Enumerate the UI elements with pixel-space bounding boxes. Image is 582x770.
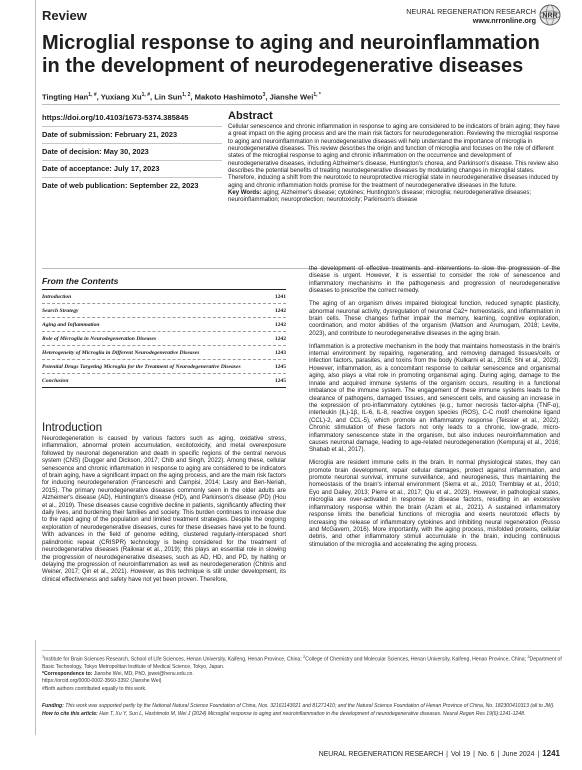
toc-label: Search Strategy (42, 308, 79, 314)
article-dates: https://doi.org/10.4103/1673-5374.385845… (42, 110, 222, 194)
body-paragraph: Inflammation is a protective mechanism i… (309, 344, 560, 455)
keywords-label: Key Words: (228, 190, 262, 196)
toc-item-aging-inflammation[interactable]: Aging and Inflammation1242 (42, 318, 286, 332)
date-submission: Date of submission: February 21, 2023 (42, 127, 222, 144)
author-affiliation: 1, # (142, 92, 150, 98)
author: Makoto Hashimoto (195, 93, 263, 102)
correspondence-text: Jianshe Wei, MD, PhD, jswei@henu.edu.cn. (94, 671, 194, 677)
footer-date: June 2024 (502, 751, 534, 758)
affiliations-footnotes: 1Institute for Brain Sciences Research, … (42, 654, 562, 693)
toc-page: 1241 (275, 294, 286, 300)
footer-issue: No. 6 (478, 751, 494, 758)
abstract-text: Cellular senescence and chronic inflamma… (228, 124, 560, 190)
author-list: Tingting Han1, #, Yuxiang Xu1, #, Lin Su… (42, 92, 321, 102)
right-column: the development of effective treatments … (309, 266, 560, 555)
toc-page: 1243 (275, 350, 286, 356)
toc-page: 1242 (275, 308, 286, 314)
footer-journal: NEURAL REGENERATION RESEARCH (319, 751, 443, 758)
left-margin-rule-footer (35, 640, 36, 735)
table-of-contents: From the Contents Introduction1241 Searc… (42, 276, 286, 388)
toc-item-potential-drugs[interactable]: Potential Drugs Targeting Microglia for … (42, 360, 286, 374)
toc-item-introduction[interactable]: Introduction1241 (42, 290, 286, 304)
cite-label: How to cite this article: (42, 711, 98, 717)
body-paragraph: The aging of an organism drives impaired… (309, 301, 560, 338)
toc-label: Potential Drugs Targeting Microglia for … (42, 364, 241, 370)
nrr-globe-logo-icon: NRR (538, 3, 562, 27)
affiliation-2: College of Chemistry and Molecular Scien… (305, 657, 526, 663)
toc-label: Aging and Inflammation (42, 322, 100, 328)
funding-label: Funding: (42, 703, 64, 709)
author: Jianshe Wei (270, 93, 314, 102)
funding-text: This work was supported partly by the Na… (65, 703, 555, 709)
introduction-section: Introduction Neurodegeneration is caused… (42, 422, 286, 584)
journal-name: NEURAL REGENERATION RESEARCH (406, 7, 536, 16)
author-affiliation: 1, * (313, 92, 321, 98)
date-acceptance: Date of acceptance: July 17, 2023 (42, 161, 222, 178)
toc-item-role-of-microglia[interactable]: Role of Microglia in Neurodegeneration D… (42, 332, 286, 346)
author: Tingting Han (42, 93, 88, 102)
toc-item-search-strategy[interactable]: Search Strategy1242 (42, 304, 286, 318)
author-affiliation: 1, # (88, 92, 96, 98)
affiliation-1: Institute for Brain Sciences Research, S… (44, 657, 302, 663)
journal-header: NEURAL REGENERATION RESEARCH www.nrronli… (406, 7, 536, 25)
toc-item-heterogeneity[interactable]: Heterogeneity of Microglia in Different … (42, 346, 286, 360)
cite-text: Han T, Xu Y, Sun L, Hashimoto M, Wei J (… (99, 711, 525, 717)
introduction-heading: Introduction (42, 422, 286, 434)
toc-page: 1242 (275, 322, 286, 328)
body-paragraph: Neurodegeneration is caused by various f… (42, 436, 286, 584)
svg-text:NRR: NRR (542, 13, 557, 20)
page-footer: NEURAL REGENERATION RESEARCH|Vol 19|No. … (319, 749, 560, 758)
date-decision: Date of decision: May 30, 2023 (42, 144, 222, 161)
page-number: 1241 (542, 749, 560, 758)
orcid-link[interactable]: https://orcid.org/0000-0002-3560-3392 (J… (42, 678, 562, 685)
footer-volume: Vol 19 (451, 751, 470, 758)
keywords: Key Words: aging; Alzheimer's disease; c… (228, 190, 560, 205)
abstract-heading: Abstract (228, 110, 560, 122)
doi-link[interactable]: https://doi.org/10.4103/1673-5374.385845 (42, 110, 222, 127)
contents-heading: From the Contents (42, 276, 286, 286)
toc-label: Introduction (42, 294, 71, 300)
correspondence-label: *Correspondence to: (42, 671, 92, 677)
toc-page: 1245 (275, 364, 286, 370)
article-type: Review (42, 8, 87, 23)
author: Lin Sun (154, 93, 182, 102)
author-affiliation: 3 (263, 92, 266, 98)
author-affiliation: 1, 2 (182, 92, 190, 98)
body-paragraph: the development of effective treatments … (309, 266, 560, 296)
toc-item-conclusion[interactable]: Conclusion1245 (42, 374, 286, 387)
divider (42, 650, 560, 651)
journal-url[interactable]: www.nrronline.org (406, 16, 536, 25)
left-margin-rule (35, 0, 36, 560)
author: Yuxiang Xu (101, 93, 142, 102)
toc-label: Heterogeneity of Microglia in Different … (42, 350, 199, 356)
equal-contribution-note: #Both authors contributed equally to thi… (42, 686, 562, 693)
abstract-section: Abstract Cellular senescence and chronic… (228, 110, 560, 205)
date-web-publication: Date of web publication: September 22, 2… (42, 178, 222, 194)
toc-page: 1245 (275, 378, 286, 384)
article-title: Microglial response to aging and neuroin… (42, 32, 562, 78)
funding-and-citation: Funding: This work was supported partly … (42, 703, 562, 718)
toc-label: Role of Microglia in Neurodegeneration D… (42, 336, 156, 342)
toc-label: Conclusion (42, 378, 68, 384)
keywords-list: aging; Alzheimer's disease; cytokines; H… (228, 190, 531, 203)
body-paragraph: Microglia are resident immune cells in t… (309, 460, 560, 549)
toc-page: 1242 (275, 336, 286, 342)
divider (42, 104, 560, 105)
